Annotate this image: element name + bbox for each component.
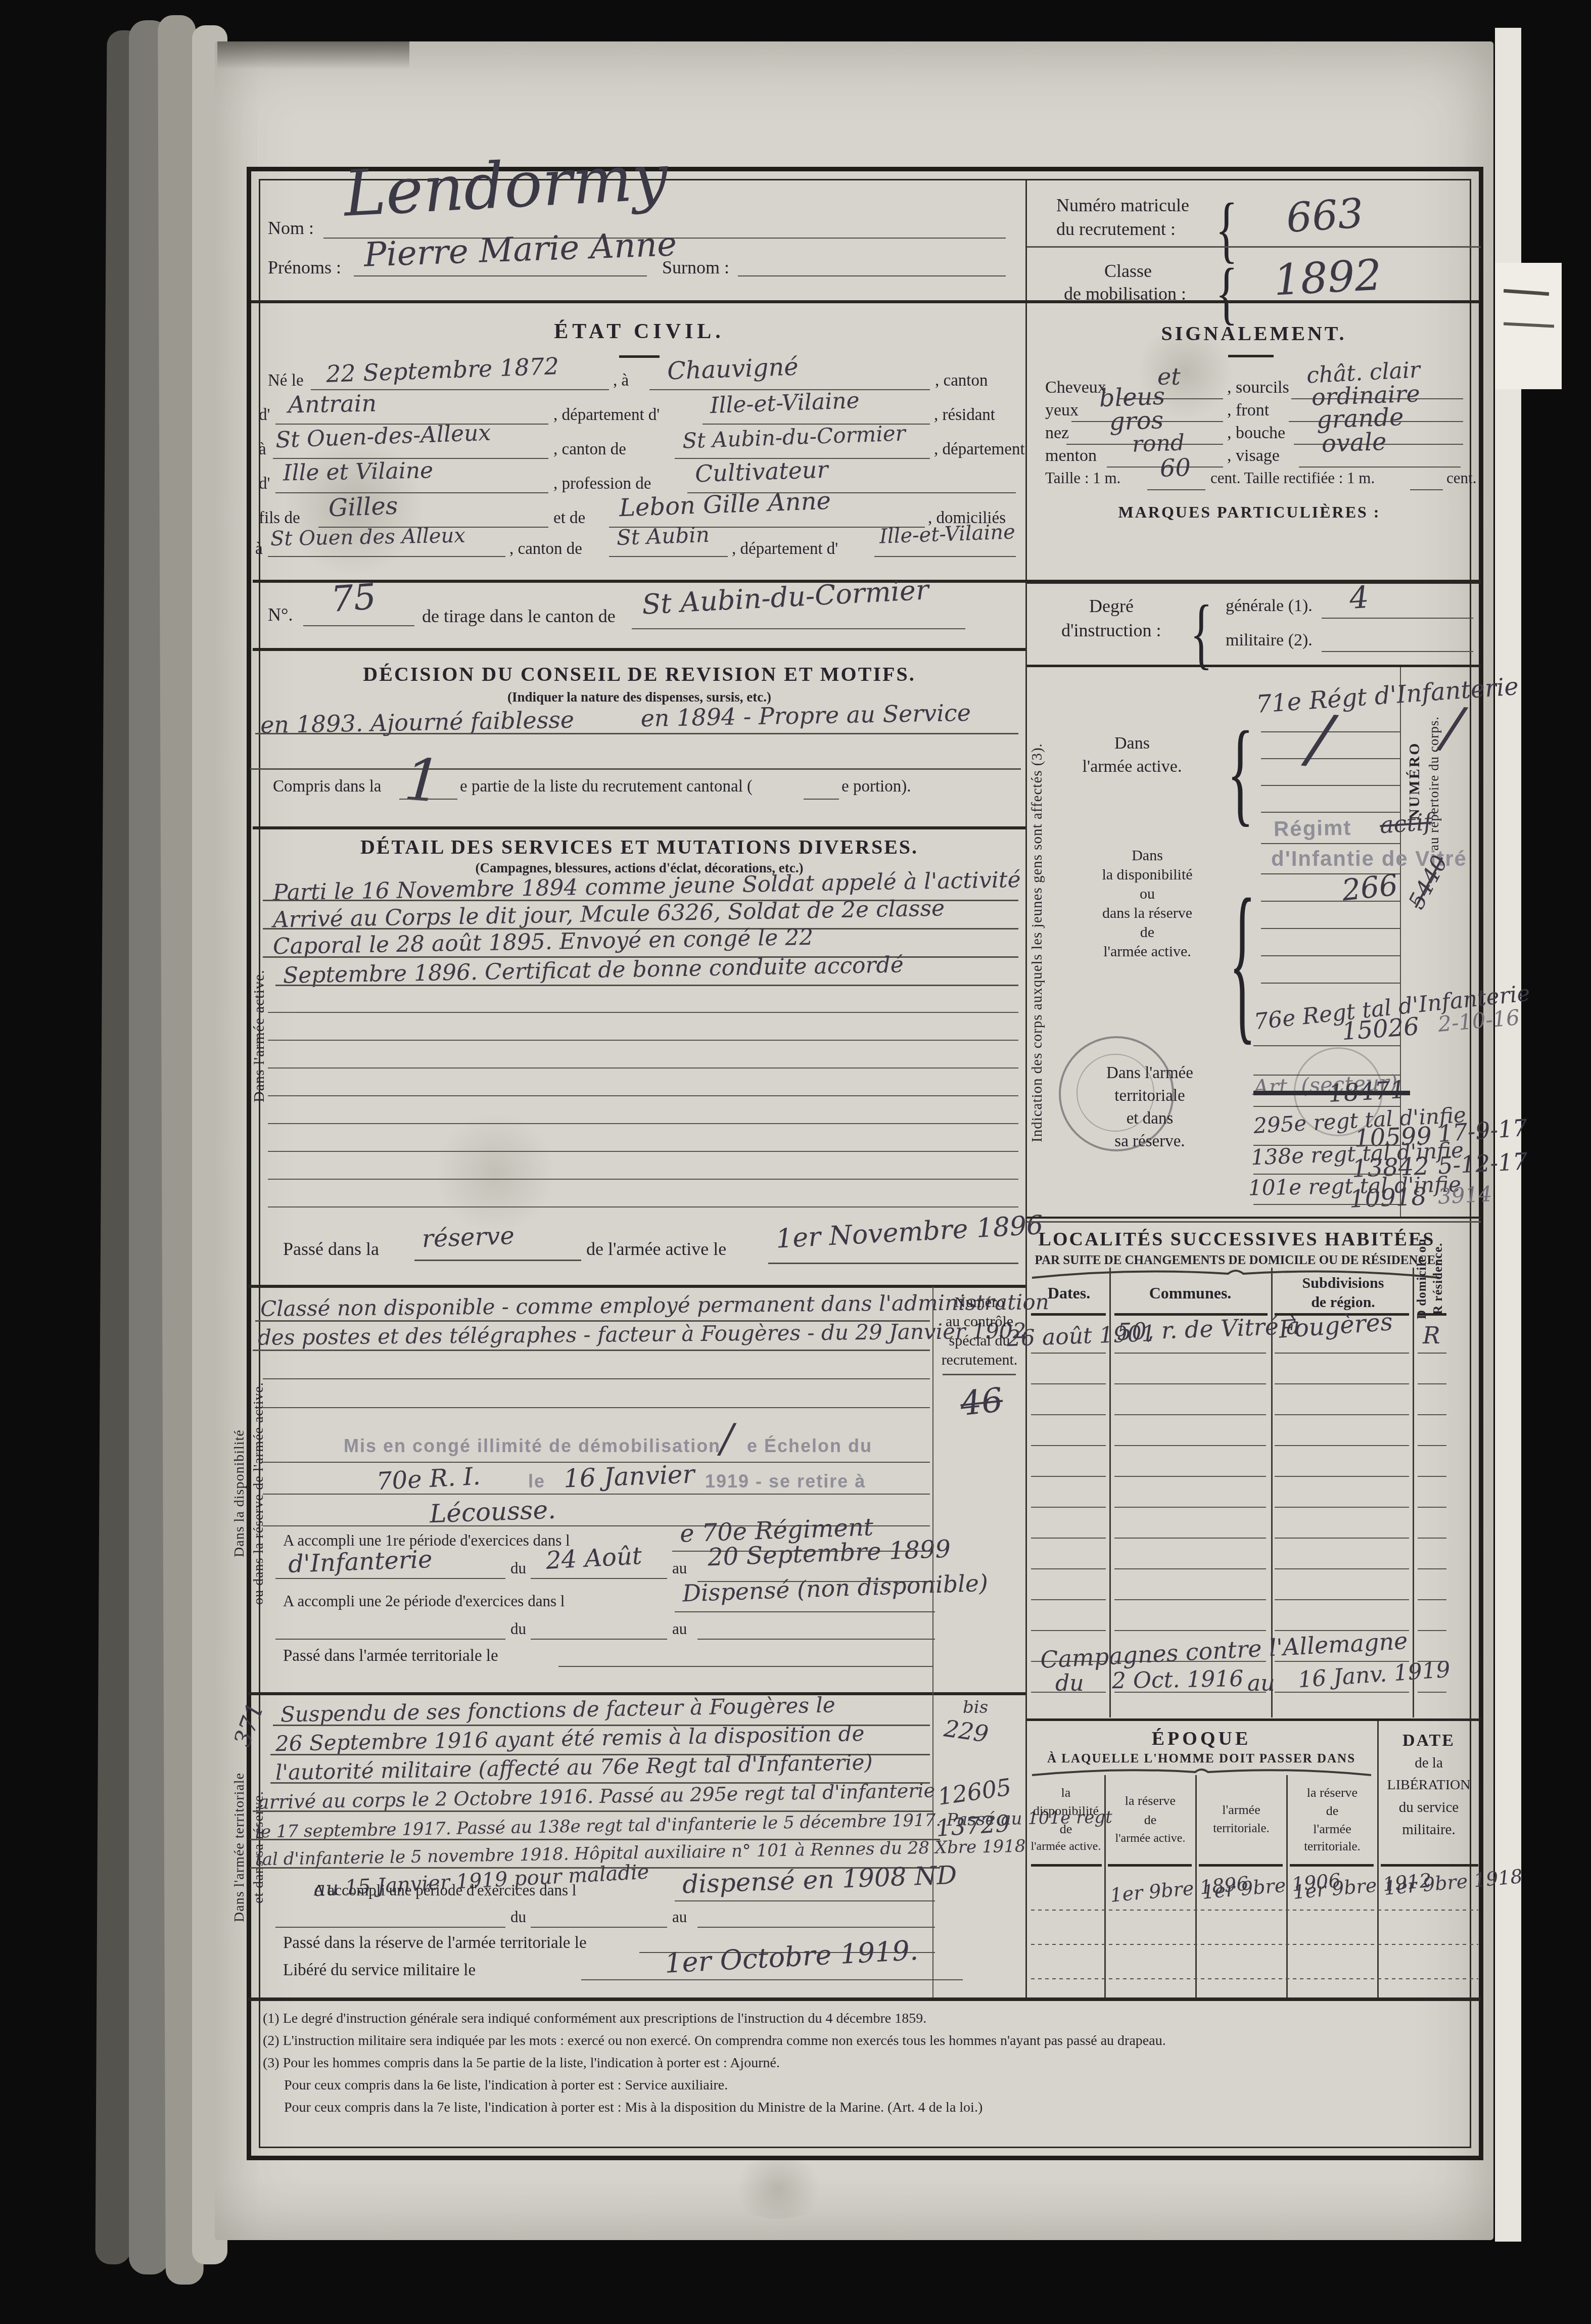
- matricule-label: Numéro matricule: [1056, 195, 1189, 216]
- dotted-row: [1031, 1910, 1478, 1911]
- title-dash: [1228, 355, 1274, 357]
- rule: [1261, 785, 1400, 786]
- demobilisation-stamp: Mis en congé illimité de démobilisation: [344, 1435, 721, 1457]
- terr-corps-date: 3914: [1437, 1181, 1492, 1209]
- d-label: d': [259, 406, 270, 425]
- domicile-parents: St Ouen des Alleux: [270, 524, 466, 551]
- marques-label: MARQUES PARTICULIÈRES :: [1027, 503, 1472, 522]
- epoque-col1: la: [1028, 1785, 1104, 1800]
- divider: [1027, 1718, 1481, 1721]
- epoque-col1: disponibilité: [1028, 1803, 1104, 1819]
- rule: [943, 1374, 1016, 1375]
- footnote: Pour ceux compris dans la 7e liste, l'in…: [284, 2100, 982, 2116]
- rule: [250, 768, 1021, 770]
- periode1-du: 24 Août: [545, 1542, 643, 1575]
- rule: [354, 275, 647, 276]
- yeux-label: yeux: [1045, 401, 1079, 420]
- controle-label: recrutement.: [934, 1352, 1025, 1369]
- numero-tirage-label: N°.: [268, 604, 293, 625]
- numero-tirage-value: 75: [330, 576, 378, 620]
- surnom-label: Surnom :: [662, 257, 729, 278]
- nez-label: nez: [1045, 424, 1069, 443]
- rule: [675, 1611, 935, 1612]
- ne-le-label: Né le: [268, 371, 304, 390]
- rule: [1322, 651, 1473, 652]
- epoque-col4: la réserve: [1289, 1785, 1376, 1800]
- regiment-vitre-stamp: Régimt: [1274, 816, 1352, 842]
- rule: [768, 1263, 1018, 1264]
- rule: [1261, 758, 1400, 759]
- prenoms-label: Prénoms :: [268, 257, 341, 278]
- liberation-label: LIBÉRATION: [1378, 1777, 1479, 1793]
- rule: [255, 733, 1018, 734]
- epoque-col3: territoriale.: [1198, 1822, 1285, 1836]
- nom-label: Nom :: [268, 217, 314, 239]
- rule: [263, 1378, 930, 1379]
- epoque-col4: territoriale.: [1289, 1840, 1376, 1854]
- localites-col-subdiv: Subdivisions: [1274, 1275, 1413, 1292]
- localites-title: LOCALITÉS SUCCESSIVES HABITÉES: [1027, 1228, 1446, 1250]
- rule: [1027, 246, 1481, 248]
- corps-dispo-label: dans la réserve: [1056, 905, 1238, 922]
- corps-active-label: Dans: [1077, 734, 1188, 753]
- divider: [248, 1285, 1025, 1288]
- terr-corps-num: 15026: [1341, 1012, 1420, 1046]
- rule: [268, 556, 505, 557]
- localites-subtitle: PAR SUITE DE CHANGEMENTS DE DOMICILE OU …: [1027, 1253, 1446, 1268]
- rule: [1322, 618, 1473, 619]
- rule: [399, 799, 457, 800]
- divider: [253, 648, 1025, 651]
- a3-label: à: [255, 540, 263, 559]
- rule: [531, 1578, 667, 1579]
- cent-label: cent.: [1446, 469, 1476, 487]
- rule: [414, 1260, 581, 1261]
- campagnes-du: du: [1055, 1670, 1084, 1696]
- visage-label: , visage: [1227, 446, 1280, 466]
- canton-label: , canton: [935, 371, 988, 390]
- actif-crossed: actif: [1379, 808, 1433, 839]
- du-label: du: [510, 1620, 526, 1638]
- rule: [275, 1927, 505, 1928]
- visage-value: ovale: [1321, 428, 1387, 458]
- epoque-subtitle: À LAQUELLE L'HOMME DOIT PASSER DANS: [1027, 1752, 1376, 1766]
- pere-value: Gilles: [328, 492, 398, 523]
- departement-naissance: Ille-et-Vilaine: [710, 388, 860, 419]
- rule: [558, 1666, 932, 1667]
- controle-value: 46: [958, 1380, 1005, 1423]
- header-rule: [1381, 1864, 1478, 1867]
- liberation-label: du service: [1378, 1799, 1479, 1816]
- rule: [697, 1639, 935, 1640]
- degre-label2: d'instruction :: [1061, 620, 1161, 641]
- profession-value: Cultivateur: [694, 455, 828, 487]
- divider-line: [1027, 1221, 1481, 1223]
- compris-label2: e partie de la liste du recrutement cant…: [460, 777, 753, 796]
- dr-column-label2: R résidence.: [1431, 1226, 1445, 1332]
- epoque-col4: l'armée: [1289, 1822, 1376, 1837]
- divider: [1027, 1217, 1481, 1219]
- header-rule: [1108, 1864, 1192, 1867]
- au-label: au: [672, 1620, 687, 1638]
- rule: [1299, 467, 1461, 468]
- corps-dispo-label: ou: [1056, 886, 1238, 903]
- front-label: , front: [1227, 401, 1269, 420]
- rule: [675, 1900, 935, 1901]
- departement-residence: Ille et Vilaine: [283, 457, 434, 486]
- compris-label3: e portion).: [841, 777, 911, 796]
- divider: [248, 1692, 1025, 1695]
- rule: [263, 1494, 930, 1495]
- brace-glyph: {: [1227, 705, 1254, 840]
- rule: [804, 799, 839, 800]
- rule: [1261, 928, 1400, 929]
- profession-label: , profession de: [553, 475, 651, 493]
- rule: [874, 556, 1016, 557]
- side-label-disponibilite: Dans la disponibilité: [231, 1294, 248, 1693]
- signalement-title: SIGNALEMENT.: [1027, 321, 1481, 345]
- postal-stamp-circle-inner: [1077, 1054, 1154, 1132]
- dr-column-label: D domicile ou: [1415, 1226, 1429, 1332]
- side-label-indication-corps: Indication des corps auxquels les jeunes…: [1029, 672, 1046, 1213]
- le-stamp: le: [528, 1471, 545, 1492]
- tirage-label: de tirage dans le canton de: [422, 606, 616, 627]
- dotted-row: [1031, 1944, 1478, 1945]
- header-rule: [1031, 1313, 1106, 1316]
- taille-label: Taille : 1 m.: [1045, 469, 1120, 487]
- rule: [303, 625, 414, 626]
- terr-corps-num: 10918: [1349, 1182, 1427, 1213]
- rule: [275, 1639, 505, 1640]
- rule: [531, 1639, 667, 1640]
- footnote: (2) L'instruction militaire sera indiqué…: [263, 2033, 1166, 2049]
- bouche-label: , bouche: [1227, 424, 1285, 443]
- canton-parents: St Aubin: [616, 522, 710, 550]
- passe-reserve-label2: de l'armée active le: [586, 1238, 726, 1260]
- blank-ruled-lines: [268, 985, 1018, 1209]
- degre-label: Degré: [1089, 595, 1134, 617]
- localites-col-dates: Dates.: [1031, 1284, 1107, 1303]
- departement-label: , département d': [553, 406, 660, 425]
- liberation-label: de la: [1378, 1755, 1479, 1772]
- corps-dispo-label: la disponibilité: [1056, 866, 1238, 884]
- table-vline: [1413, 1268, 1414, 1717]
- periode2-label: A accompli une 2e période d'exercices da…: [283, 1592, 565, 1610]
- stain: [728, 2158, 829, 2219]
- libere-label: Libéré du service militaire le: [283, 1961, 476, 1980]
- scanned-register-page: Nom : Lendormy Prénoms : Pierre Marie An…: [0, 0, 1591, 2324]
- canton-naissance: Antrain: [288, 389, 377, 418]
- passe-territoriale-label: Passé dans l'armée territoriale le: [283, 1647, 498, 1665]
- departement2-label: , département: [934, 440, 1025, 459]
- passe-reserve-territoriale-label: Passé dans la réserve de l'armée territo…: [283, 1934, 587, 1953]
- epoque-col2: l'armée active.: [1107, 1832, 1194, 1845]
- rule: [697, 1927, 935, 1928]
- decision-title: DÉCISION DU CONSEIL DE REVISION ET MOTIF…: [253, 662, 1026, 686]
- epoque-col2: de: [1107, 1812, 1194, 1828]
- title-dash: [619, 355, 660, 358]
- side-label-armee-active: Dans l'armée active.: [251, 859, 268, 1213]
- table-brace: [1031, 1766, 1372, 1776]
- brace-glyph: {: [1229, 859, 1256, 1064]
- menton-value: rond: [1132, 430, 1185, 457]
- divider: [1027, 665, 1481, 667]
- blank-rows: [1418, 1354, 1446, 1693]
- rule: [1261, 983, 1400, 984]
- liberation-label: DATE: [1378, 1731, 1479, 1750]
- etat-civil-title: ÉTAT CIVIL.: [253, 319, 1026, 344]
- rule: [275, 492, 548, 493]
- localites-row-dr: R: [1423, 1322, 1440, 1349]
- divider: [1027, 581, 1481, 584]
- postal-stamp-circle: [1294, 1047, 1383, 1136]
- sourcils-label: , sourcils: [1227, 378, 1289, 397]
- d2-label: d': [259, 475, 270, 493]
- header-rule: [1290, 1864, 1374, 1867]
- liberation-label: militaire.: [1378, 1822, 1479, 1838]
- periode1-value2: d'Infanterie: [288, 1545, 433, 1578]
- classe-value: 1892: [1273, 250, 1383, 305]
- departement-parents: Ille-et-Vilaine: [879, 520, 1015, 548]
- epoque-col1: l'armée active.: [1028, 1840, 1104, 1853]
- compris-label: Compris dans la: [273, 777, 381, 796]
- table-vline: [1104, 1775, 1106, 1997]
- column-divider: [1025, 180, 1027, 1998]
- compris-partie-value: 1: [402, 746, 443, 816]
- dotted-row: [1031, 1978, 1478, 1979]
- rule: [275, 1578, 505, 1579]
- corps-dispo-label: Dans: [1056, 847, 1238, 864]
- menton-label: menton: [1045, 446, 1097, 466]
- rule: [1253, 1204, 1400, 1205]
- taille-value: 60: [1159, 453, 1191, 483]
- divider: [253, 826, 1025, 829]
- footnote: (3) Pour les hommes compris dans la 5e p…: [263, 2055, 780, 2071]
- rule: [263, 1407, 930, 1408]
- retire-lieu: Lécousse.: [429, 1495, 556, 1529]
- footnote: (1) Le degré d'instruction générale sera…: [263, 2011, 926, 2027]
- rule: [609, 556, 728, 557]
- taille-rectifiee-label: cent. Taille rectifiée : 1 m.: [1210, 469, 1375, 487]
- a-label: , à: [613, 371, 629, 390]
- margin-note-bis: bis: [963, 1697, 988, 1717]
- lieu-naissance: Chauvigné: [667, 352, 799, 385]
- au-label: au: [672, 1908, 687, 1926]
- rule: [531, 1927, 667, 1928]
- unit-value: 70e R. I.: [376, 1462, 481, 1496]
- periode-territoriale-label: A accompli une période d'exercices dans …: [313, 1881, 576, 1899]
- controle-label: Numéro: [934, 1294, 1025, 1311]
- rule: [632, 628, 965, 629]
- table-vline: [1377, 1721, 1379, 1997]
- epoque-col2: la réserve: [1107, 1793, 1194, 1808]
- rule: [1261, 955, 1400, 956]
- header-rule: [1199, 1864, 1283, 1867]
- passe-reserve-value: réserve: [422, 1222, 515, 1253]
- campagnes-au: au: [1247, 1670, 1275, 1696]
- generale-value: 4: [1348, 580, 1370, 616]
- canton2-label: , canton de: [553, 440, 626, 459]
- localites-col-communes: Communes.: [1114, 1284, 1266, 1303]
- generale-label: générale (1).: [1226, 596, 1313, 616]
- matricule-value: 663: [1285, 190, 1365, 242]
- epoque-title: ÉPOQUE: [1027, 1728, 1376, 1750]
- et-de-label: et de: [553, 509, 585, 528]
- militaire-label: militaire (2).: [1226, 631, 1313, 650]
- conge-date: 16 Janvier: [563, 1459, 695, 1493]
- rule: [738, 275, 1006, 276]
- header-rule: [1031, 1864, 1102, 1867]
- corps-dispo-label: de: [1056, 924, 1238, 941]
- campagnes-date1: 2 Oct. 1916: [1112, 1666, 1244, 1694]
- rule: [1253, 1045, 1400, 1046]
- footnote: Pour ceux compris dans la 6e liste, l'in…: [284, 2077, 728, 2094]
- echelon-stamp: e Échelon du: [747, 1435, 872, 1457]
- epoque-col3: l'armée: [1198, 1802, 1285, 1818]
- du-label: du: [510, 1908, 526, 1926]
- matricule-label2: du recrutement :: [1056, 218, 1176, 240]
- rule: [253, 1350, 930, 1351]
- retire-stamp: 1919 - se retire à: [705, 1471, 866, 1492]
- a2-label: à: [259, 440, 266, 459]
- blank-rows: [1031, 1354, 1106, 1693]
- du-label: du: [510, 1559, 526, 1577]
- au-label: au: [672, 1559, 687, 1577]
- residant-label: , résidant: [934, 406, 995, 425]
- canton3-label: , canton de: [509, 540, 582, 559]
- corps-active-label2: l'armée active.: [1061, 757, 1203, 776]
- divider: [248, 1997, 1481, 2001]
- detail-title: DÉTAIL DES SERVICES ET MUTATIONS DIVERSE…: [253, 835, 1026, 859]
- epoque-col4: de: [1289, 1803, 1376, 1819]
- corps-dispo-label: l'armée active.: [1056, 943, 1238, 960]
- passe-reserve-label: Passé dans la: [283, 1238, 379, 1260]
- classe-label: Classe: [1104, 260, 1152, 282]
- departement3-label: , département d': [732, 540, 838, 559]
- margin-matricule: 13729: [935, 1809, 1011, 1842]
- rule: [1261, 843, 1400, 844]
- rule: [1261, 901, 1400, 902]
- fils-de-label: fils de: [259, 509, 300, 528]
- epoque-col1: de: [1028, 1822, 1104, 1837]
- slash-mark: /: [720, 1416, 733, 1462]
- cheveux-label: Cheveux: [1045, 378, 1106, 397]
- paper-shadow-top: [217, 41, 409, 69]
- header-rule: [1418, 1313, 1446, 1316]
- divider: [251, 300, 1480, 303]
- rule: [581, 1979, 963, 1980]
- rule: [1410, 489, 1443, 490]
- rule: [1147, 489, 1205, 490]
